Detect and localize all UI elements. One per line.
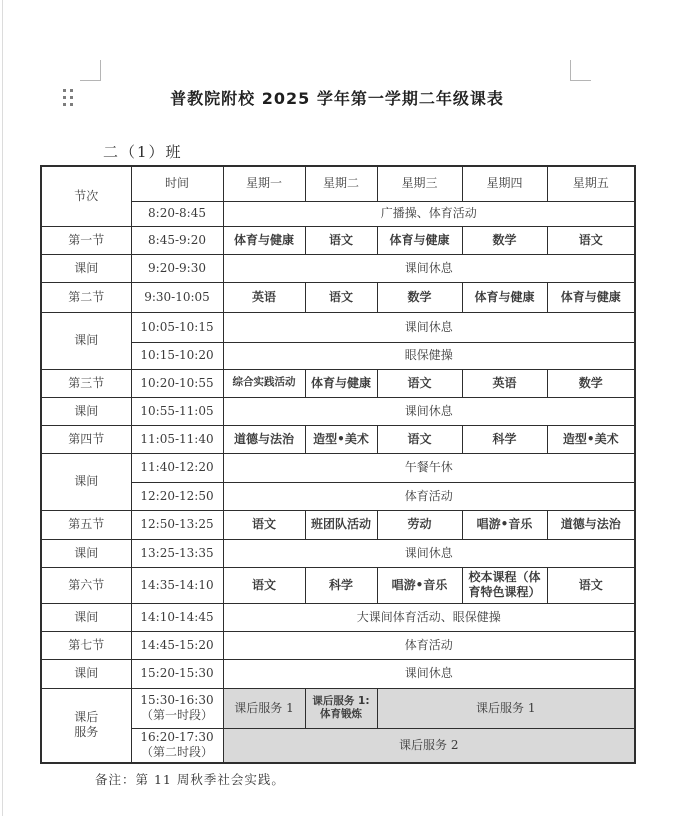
time-cell: 16:20-17:30 （第二时段） [131,728,223,763]
subject-cell: 语文 [547,226,635,254]
subject-cell: 语文 [223,510,305,539]
table-row: 课间 9:20-9:30 课间休息 [41,254,635,282]
subject-cell: 综合实践活动 [223,369,305,397]
table-row: 8:20-8:45 广播操、体育活动 [41,201,635,226]
table-row: 课间 10:55-11:05 课间休息 [41,397,635,425]
period-cell: 第三节 [41,369,131,397]
time-cell: 10:15-10:20 [131,342,223,369]
period-cell: 课间 [41,254,131,282]
span-cell: 课间休息 [223,659,635,688]
period-cell: 第四节 [41,425,131,453]
time-cell: 14:35-14:10 [131,567,223,603]
subject-cell: 科学 [305,567,377,603]
period-cell: 第五节 [41,510,131,539]
afterschool-cell: 课后服务 2 [223,728,635,763]
subject-cell: 体育与健康 [223,226,305,254]
day-header-wed: 星期三 [377,166,462,201]
timetable: 节次 时间 星期一 星期二 星期三 星期四 星期五 8:20-8:45 广播操、… [40,165,636,764]
time-cell: 11:05-11:40 [131,425,223,453]
class-label: 二（1）班 [103,141,183,162]
time-cell: 13:25-13:35 [131,539,223,567]
table-row: 课后 服务 15:30-16:30 （第一时段） 课后服务 1 课后服务 1: … [41,688,635,728]
day-header-mon: 星期一 [223,166,305,201]
table-row: 课间 15:20-15:30 课间休息 [41,659,635,688]
period-cell: 第六节 [41,567,131,603]
subject-cell: 英语 [223,282,305,312]
table-row: 第三节 10:20-10:55 综合实践活动 体育与健康 语文 英语 数学 [41,369,635,397]
table-row: 第五节 12:50-13:25 语文 班团队活动 劳动 唱游•音乐 道德与法治 [41,510,635,539]
subject-cell: 数学 [547,369,635,397]
time-cell: 9:20-9:30 [131,254,223,282]
period-cell: 课间 [41,603,131,631]
table-row: 第六节 14:35-14:10 语文 科学 唱游•音乐 校本课程（体育特色课程）… [41,567,635,603]
page-title: 普教院附校 2025 学年第一学期二年级课表 [0,86,674,109]
subject-cell: 道德与法治 [223,425,305,453]
time-cell: 15:20-15:30 [131,659,223,688]
subject-cell: 体育与健康 [305,369,377,397]
subject-cell: 科学 [462,425,547,453]
period-cell: 课间 [41,453,131,510]
subject-cell: 语文 [377,425,462,453]
span-cell: 课间休息 [223,539,635,567]
subject-cell: 体育与健康 [462,282,547,312]
subject-cell: 体育与健康 [547,282,635,312]
span-cell: 午餐午休 [223,453,635,482]
table-row: 第七节 14:45-15:20 体育活动 [41,631,635,659]
afterschool-cell: 课后服务 1 [223,688,305,728]
subject-cell: 语文 [305,282,377,312]
time-cell: 10:55-11:05 [131,397,223,425]
afterschool-cell: 课后服务 1: 体育锻炼 [305,688,377,728]
document-page: 普教院附校 2025 学年第一学期二年级课表 二（1）班 节次 时间 星期一 星… [0,0,674,816]
subject-cell: 道德与法治 [547,510,635,539]
time-cell: 8:20-8:45 [131,201,223,226]
span-cell: 课间休息 [223,397,635,425]
span-cell: 大课间体育活动、眼保健操 [223,603,635,631]
table-row: 课间 10:05-10:15 课间休息 [41,312,635,342]
span-cell: 广播操、体育活动 [223,201,635,226]
subject-cell: 语文 [223,567,305,603]
table-row: 第二节 9:30-10:05 英语 语文 数学 体育与健康 体育与健康 [41,282,635,312]
time-cell: 11:40-12:20 [131,453,223,482]
time-cell: 15:30-16:30 （第一时段） [131,688,223,728]
time-cell: 12:50-13:25 [131,510,223,539]
day-header-tue: 星期二 [305,166,377,201]
time-cell: 14:10-14:45 [131,603,223,631]
period-cell: 课后 服务 [41,688,131,763]
period-cell: 课间 [41,312,131,369]
table-row: 第四节 11:05-11:40 道德与法治 造型•美术 语文 科学 造型•美术 [41,425,635,453]
subject-cell: 语文 [547,567,635,603]
time-cell: 10:20-10:55 [131,369,223,397]
subject-cell: 体育与健康 [377,226,462,254]
span-cell: 眼保健操 [223,342,635,369]
subject-cell: 劳动 [377,510,462,539]
subject-cell: 语文 [305,226,377,254]
time-cell: 14:45-15:20 [131,631,223,659]
time-cell: 9:30-10:05 [131,282,223,312]
span-cell: 体育活动 [223,482,635,510]
afterschool-cell: 课后服务 1 [377,688,635,728]
subject-cell: 造型•美术 [547,425,635,453]
table-row: 10:15-10:20 眼保健操 [41,342,635,369]
subject-cell: 唱游•音乐 [377,567,462,603]
subject-cell: 校本课程（体育特色课程） [462,567,547,603]
header-row: 节次 时间 星期一 星期二 星期三 星期四 星期五 [41,166,635,201]
table-row: 16:20-17:30 （第二时段） 课后服务 2 [41,728,635,763]
table-row: 课间 11:40-12:20 午餐午休 [41,453,635,482]
subject-cell: 语文 [377,369,462,397]
time-cell: 8:45-9:20 [131,226,223,254]
period-cell: 课间 [41,397,131,425]
span-cell: 体育活动 [223,631,635,659]
period-header-cell: 节次 [41,166,131,226]
table-row: 12:20-12:50 体育活动 [41,482,635,510]
span-cell: 课间休息 [223,312,635,342]
span-cell: 课间休息 [223,254,635,282]
subject-cell: 数学 [462,226,547,254]
time-cell: 10:05-10:15 [131,312,223,342]
page-edge-line [2,0,3,816]
subject-cell: 唱游•音乐 [462,510,547,539]
margin-corner-left-icon [80,60,101,81]
period-cell: 第一节 [41,226,131,254]
period-cell: 课间 [41,539,131,567]
subject-cell: 班团队活动 [305,510,377,539]
table-row: 第一节 8:45-9:20 体育与健康 语文 体育与健康 数学 语文 [41,226,635,254]
subject-cell: 数学 [377,282,462,312]
period-cell: 第二节 [41,282,131,312]
margin-corner-right-icon [570,60,591,81]
day-header-thu: 星期四 [462,166,547,201]
subject-cell: 造型•美术 [305,425,377,453]
period-cell: 第七节 [41,631,131,659]
time-header-cell: 时间 [131,166,223,201]
time-cell: 12:20-12:50 [131,482,223,510]
period-cell: 课间 [41,659,131,688]
subject-cell: 英语 [462,369,547,397]
footnote: 备注：第 11 周秋季社会实践。 [95,770,285,788]
day-header-fri: 星期五 [547,166,635,201]
table-row: 课间 14:10-14:45 大课间体育活动、眼保健操 [41,603,635,631]
table-row: 课间 13:25-13:35 课间休息 [41,539,635,567]
